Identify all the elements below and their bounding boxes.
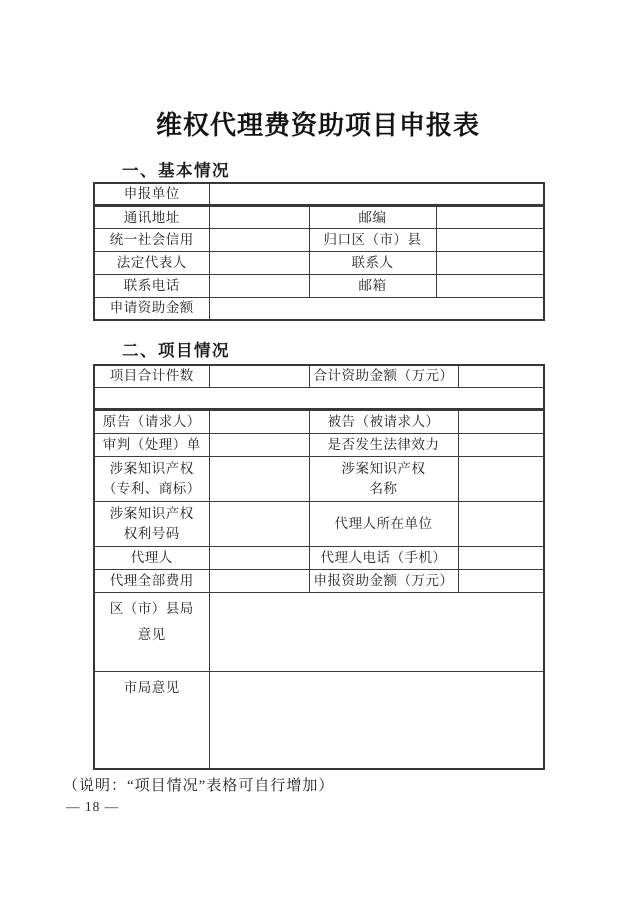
label-city-bureau-opinion: 市局意见: [94, 671, 209, 769]
label-social-credit-code: 统一社会信用: [94, 229, 209, 252]
label-agent-phone: 代理人电话（手机）: [309, 546, 458, 569]
value-cell-plaintiff: [209, 409, 309, 433]
label-total-cases: 项目合计件数: [94, 365, 209, 387]
label-ip-name-line2: 名称: [312, 479, 456, 499]
table-row: 涉案知识产权 权利号码 代理人所在单位: [94, 501, 544, 546]
label-district-bureau-opinion-line1: 区（市）县局: [97, 596, 207, 622]
table-row: 审判（处理）单 是否发生法律效力: [94, 433, 544, 456]
table-row: 原告（请求人） 被告（被请求人）: [94, 409, 544, 433]
value-cell-total-cases: [209, 365, 309, 387]
value-cell-postal-code: [436, 206, 544, 229]
footnote: （说明：“项目情况”表格可自行增加）: [63, 774, 334, 795]
table-row: 市局意见: [94, 671, 544, 769]
label-plaintiff: 原告（请求人）: [94, 409, 209, 433]
project-info-table: 项目合计件数 合计资助金额（万元） 原告（请求人） 被告（被请求人） 审判（处理…: [93, 364, 545, 770]
value-cell-agent: [209, 546, 309, 569]
label-mailing-address: 通讯地址: [94, 206, 209, 229]
label-legal-representative: 法定代表人: [94, 252, 209, 275]
label-ip-right-number-line2: 权利号码: [97, 524, 207, 544]
value-cell-agent-phone: [458, 546, 544, 569]
value-cell-judgment-unit: [209, 433, 309, 456]
value-cell-social-credit-code: [209, 229, 309, 252]
label-total-subsidy-amount: 合计资助金额（万元）: [309, 365, 458, 387]
label-requested-amount: 申请资助金额: [94, 298, 209, 320]
value-cell-legal-effect: [458, 433, 544, 456]
value-cell-legal-representative: [209, 252, 309, 275]
label-applicant-unit: 申报单位: [94, 183, 209, 206]
label-postal-code: 邮编: [309, 206, 436, 229]
value-cell-city-bureau-opinion: [209, 671, 544, 769]
page-number: — 18 —: [66, 799, 119, 815]
label-ip-involved-line1: 涉案知识产权: [97, 459, 207, 479]
label-district-bureau-opinion-line2: 意见: [97, 622, 207, 648]
document-page: 维权代理费资助项目申报表 一、基本情况 申报单位 通讯地址 邮编 统一社会信用 …: [0, 0, 637, 900]
table-row: 代理全部费用 申报资助金额（万元）: [94, 569, 544, 592]
table-row: 通讯地址 邮编: [94, 206, 544, 229]
label-judgment-unit: 审判（处理）单: [94, 433, 209, 456]
table-row: 统一社会信用 归口区（市）县: [94, 229, 544, 252]
value-cell-agent-unit: [458, 501, 544, 546]
label-district-bureau: 归口区（市）县: [309, 229, 436, 252]
table-row: 项目合计件数 合计资助金额（万元）: [94, 365, 544, 387]
label-defendant: 被告（被请求人）: [309, 409, 458, 433]
table-row: 法定代表人 联系人: [94, 252, 544, 275]
table-row: 区（市）县局 意见: [94, 592, 544, 671]
value-cell-requested-amount: [209, 298, 544, 320]
value-cell-contact-phone: [209, 275, 309, 298]
value-cell-defendant: [458, 409, 544, 433]
label-ip-right-number-line1: 涉案知识产权: [97, 504, 207, 524]
table-row: 申请资助金额: [94, 298, 544, 320]
label-declared-subsidy-amount: 申报资助金额（万元）: [309, 569, 458, 592]
value-cell-ip-involved: [209, 456, 309, 501]
value-cell-email: [436, 275, 544, 298]
value-cell-ip-name: [458, 456, 544, 501]
table-row: 申报单位: [94, 183, 544, 206]
value-cell-total-subsidy-amount: [458, 365, 544, 387]
label-ip-right-number: 涉案知识产权 权利号码: [94, 501, 209, 546]
value-cell-district-bureau: [436, 229, 544, 252]
value-cell-applicant-unit: [209, 183, 544, 206]
value-cell-ip-right-number: [209, 501, 309, 546]
table-row: 代理人 代理人电话（手机）: [94, 546, 544, 569]
table-row-empty-spacer: [94, 387, 544, 409]
label-contact-person: 联系人: [309, 252, 436, 275]
table-row: 涉案知识产权 （专利、商标） 涉案知识产权 名称: [94, 456, 544, 501]
label-agent: 代理人: [94, 546, 209, 569]
label-district-bureau-opinion: 区（市）县局 意见: [94, 592, 209, 671]
basic-info-table: 申报单位 通讯地址 邮编 统一社会信用 归口区（市）县 法定代表人 联系人 联系…: [93, 182, 545, 321]
section2-heading: 二、项目情况: [122, 337, 230, 361]
value-cell-declared-subsidy-amount: [458, 569, 544, 592]
label-ip-involved: 涉案知识产权 （专利、商标）: [94, 456, 209, 501]
value-cell-district-bureau-opinion: [209, 592, 544, 671]
label-email: 邮箱: [309, 275, 436, 298]
label-contact-phone: 联系电话: [94, 275, 209, 298]
label-legal-effect: 是否发生法律效力: [309, 433, 458, 456]
label-agent-unit: 代理人所在单位: [309, 501, 458, 546]
label-ip-name: 涉案知识产权 名称: [309, 456, 458, 501]
label-ip-involved-line2: （专利、商标）: [97, 479, 207, 499]
section1-heading: 一、基本情况: [122, 157, 230, 181]
page-title: 维权代理费资助项目申报表: [93, 108, 543, 142]
value-cell-contact-person: [436, 252, 544, 275]
label-agency-total-fee: 代理全部费用: [94, 569, 209, 592]
empty-spanning-cell: [94, 387, 544, 409]
value-cell-agency-total-fee: [209, 569, 309, 592]
label-ip-name-line1: 涉案知识产权: [312, 459, 456, 479]
value-cell-mailing-address: [209, 206, 309, 229]
table-row: 联系电话 邮箱: [94, 275, 544, 298]
